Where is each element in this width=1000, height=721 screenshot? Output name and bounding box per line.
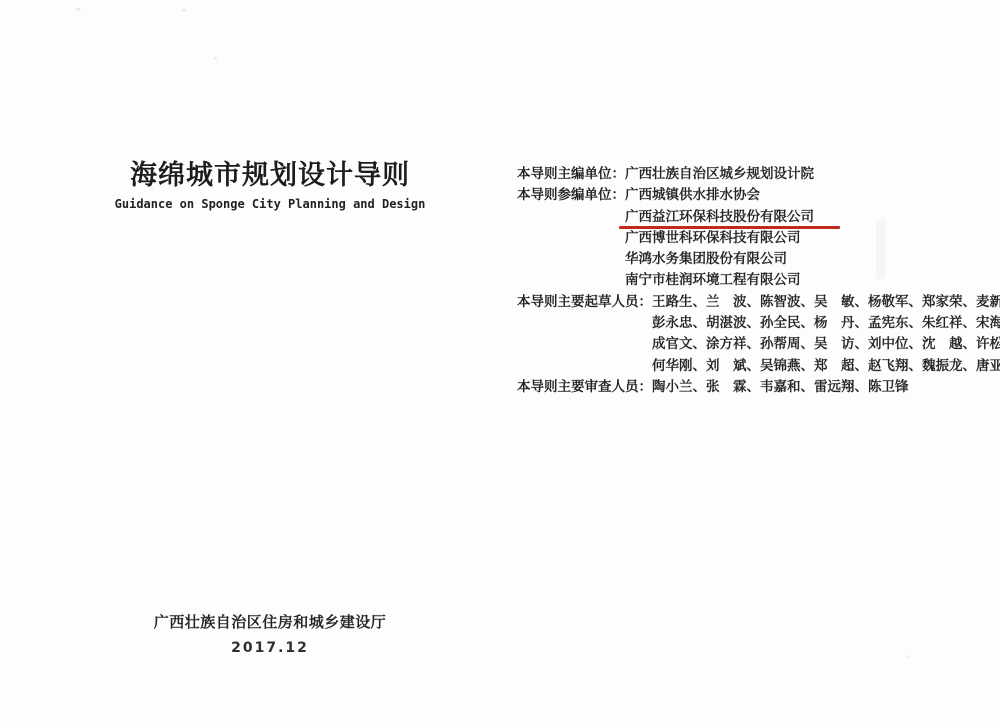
credit-text: 广西城镇供水排水协会 — [625, 184, 760, 205]
credit-text: 广西壮族自治区城乡规划设计院 — [625, 163, 814, 184]
credit-text: 王路生、兰 波、陈智波、吴 敏、杨敬军、郑家荣、麦新发 — [652, 291, 1000, 312]
credit-section: 本导则主编单位：广西壮族自治区城乡规划设计院 — [517, 163, 1000, 184]
credit-section: 本导则主要起草人员：王路生、兰 波、陈智波、吴 敏、杨敬军、郑家荣、麦新发彭永忠… — [517, 291, 1000, 376]
footer-block: 广西壮族自治区住房和城乡建设厅 2017.12 — [90, 611, 450, 656]
title-block: 海绵城市规划设计导则 Guidance on Sponge City Plann… — [90, 153, 450, 211]
credit-text: 彭永忠、胡湛波、孙全民、杨 丹、孟宪东、朱红祥、宋海农 — [652, 312, 1000, 333]
document-page: 海绵城市规划设计导则 Guidance on Sponge City Plann… — [0, 0, 1000, 721]
scan-speckle — [214, 57, 217, 60]
credit-line: 何华刚、刘 斌、吴锦燕、郑 超、赵飞翔、魏振龙、唐亚东 — [652, 355, 1000, 376]
credit-text: 南宁市桂润环境工程有限公司 — [625, 269, 801, 290]
credit-section-values: 广西城镇供水排水协会广西益江环保科技股份有限公司广西博世科环保科技有限公司华鸿水… — [625, 184, 814, 290]
scan-speckle — [905, 655, 909, 658]
publisher-name: 广西壮族自治区住房和城乡建设厅 — [90, 611, 450, 632]
scan-speckle — [700, 186, 703, 188]
credit-line: 广西博世科环保科技有限公司 — [625, 227, 814, 248]
credit-section: 本导则主要审查人员：陶小兰、张 霖、韦嘉和、雷远翔、陈卫锋 — [517, 376, 1000, 397]
credit-line: 成官文、涂方祥、孙帮周、吴 访、刘中位、沈 越、许松梅 — [652, 333, 1000, 354]
credit-text: 广西益江环保科技股份有限公司 — [625, 206, 814, 227]
credit-text: 陶小兰、张 霖、韦嘉和、雷远翔、陈卫锋 — [652, 376, 909, 397]
credit-section-values: 陶小兰、张 霖、韦嘉和、雷远翔、陈卫锋 — [652, 376, 909, 397]
credit-line: 彭永忠、胡湛波、孙全民、杨 丹、孟宪东、朱红祥、宋海农 — [652, 312, 1000, 333]
credit-text: 何华刚、刘 斌、吴锦燕、郑 超、赵飞翔、魏振龙、唐亚东 — [652, 355, 1000, 376]
credit-section: 本导则参编单位：广西城镇供水排水协会广西益江环保科技股份有限公司广西博世科环保科… — [517, 184, 1000, 290]
credit-text: 华鸿水务集团股份有限公司 — [625, 248, 787, 269]
document-title: 海绵城市规划设计导则 — [90, 153, 450, 192]
credit-line: 王路生、兰 波、陈智波、吴 敏、杨敬军、郑家荣、麦新发 — [652, 291, 1000, 312]
credit-section-label: 本导则参编单位： — [517, 184, 625, 205]
credit-section-label: 本导则主要审查人员： — [517, 376, 652, 397]
scan-speckle — [76, 8, 81, 11]
scan-smudge — [876, 218, 886, 280]
credit-line: 华鸿水务集团股份有限公司 — [625, 248, 814, 269]
credit-line: 广西益江环保科技股份有限公司 — [625, 206, 814, 227]
credit-section-label: 本导则主编单位： — [517, 163, 625, 184]
credit-text: 成官文、涂方祥、孙帮周、吴 访、刘中位、沈 越、许松梅 — [652, 333, 1000, 354]
credit-line: 陶小兰、张 霖、韦嘉和、雷远翔、陈卫锋 — [652, 376, 909, 397]
credit-line: 南宁市桂润环境工程有限公司 — [625, 269, 814, 290]
scan-speckle — [182, 9, 186, 12]
credit-section-label: 本导则主要起草人员： — [517, 291, 652, 312]
credit-line: 广西城镇供水排水协会 — [625, 184, 814, 205]
credit-line: 广西壮族自治区城乡规划设计院 — [625, 163, 814, 184]
credit-section-values: 广西壮族自治区城乡规划设计院 — [625, 163, 814, 184]
credit-section-values: 王路生、兰 波、陈智波、吴 敏、杨敬军、郑家荣、麦新发彭永忠、胡湛波、孙全民、杨… — [652, 291, 1000, 376]
publication-date: 2017.12 — [90, 640, 450, 656]
document-title-english: Guidance on Sponge City Planning and Des… — [90, 197, 450, 211]
credit-text: 广西博世科环保科技有限公司 — [625, 227, 801, 248]
credits-block: 本导则主编单位：广西壮族自治区城乡规划设计院本导则参编单位：广西城镇供水排水协会… — [517, 163, 1000, 397]
